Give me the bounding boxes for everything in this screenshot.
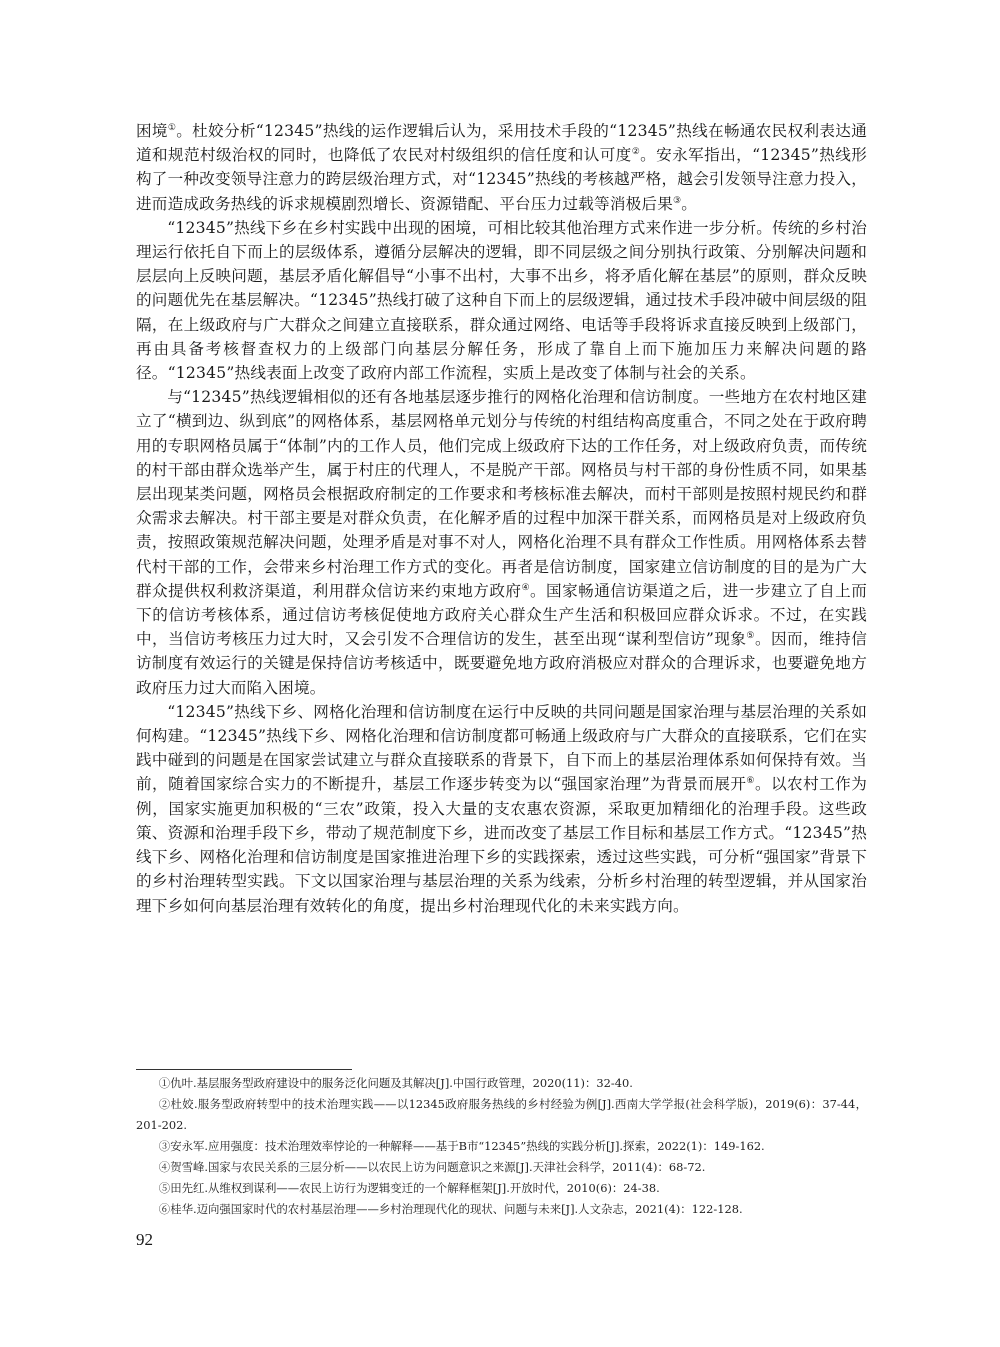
body-text: 困境①。杜姣分析“12345”热线的运作逻辑后认为，采用技术手段的“12345”…	[136, 119, 867, 918]
footnote-marker: ⑥	[159, 1202, 170, 1216]
paragraph-text: 困境	[136, 122, 168, 140]
paragraph: “12345”热线下乡在乡村实践中出现的困境，可相比较其他治理方式来作进一步分析…	[136, 216, 867, 385]
footnote: ⑤田先红.从维权到谋利——农民上访行为逻辑变迁的一个解释框架[J].开放时代，2…	[136, 1178, 867, 1199]
footnote: ③安永军.应用强度：技术治理效率悖论的一种解释——基于B市“12345”热线的实…	[136, 1136, 867, 1157]
page-number: 92	[136, 1230, 153, 1250]
paragraph-text: “12345”热线下乡在乡村实践中出现的困境，可相比较其他治理方式来作进一步分析…	[136, 219, 867, 382]
footnote-marker: ④	[159, 1160, 170, 1174]
footnote-marker: ⑤	[159, 1181, 170, 1195]
paragraph-text: 。	[681, 195, 697, 213]
paragraph: 与“12345”热线逻辑相似的还有各地基层逐步推行的网格化治理和信访制度。一些地…	[136, 385, 867, 700]
footnote-separator	[136, 1069, 352, 1070]
paragraph-text: 。以农村工作为例，国家实施更加积极的“三农”政策，投入大量的支农惠农资源，采取更…	[136, 775, 867, 914]
footnote-marker: ③	[159, 1139, 170, 1153]
paragraph-text: 与“12345”热线逻辑相似的还有各地基层逐步推行的网格化治理和信访制度。一些地…	[136, 388, 867, 600]
footnote: ⑥桂华.迈向强国家时代的农村基层治理——乡村治理现代化的现状、问题与未来[J].…	[136, 1199, 867, 1220]
paragraph: “12345”热线下乡、网格化治理和信访制度在运行中反映的共同问题是国家治理与基…	[136, 700, 867, 918]
paragraph: 困境①。杜姣分析“12345”热线的运作逻辑后认为，采用技术手段的“12345”…	[136, 119, 867, 216]
footnotes: ①仇叶.基层服务型政府建设中的服务泛化问题及其解决[J].中国行政管理，2020…	[136, 1073, 867, 1220]
footnote: ①仇叶.基层服务型政府建设中的服务泛化问题及其解决[J].中国行政管理，2020…	[136, 1073, 867, 1094]
footnote-reference[interactable]: ④	[521, 583, 530, 593]
footnote: ②杜姣.服务型政府转型中的技术治理实践——以12345政府服务热线的乡村经验为例…	[136, 1094, 867, 1136]
footnote: ④贺雪峰.国家与农民关系的三层分析——以农民上访为问题意识之来源[J].天津社会…	[136, 1157, 867, 1178]
footnote-text: 贺雪峰.国家与农民关系的三层分析——以农民上访为问题意识之来源[J].天津社会科…	[170, 1160, 705, 1174]
footnote-text: 桂华.迈向强国家时代的农村基层治理——乡村治理现代化的现状、问题与未来[J].人…	[170, 1202, 742, 1216]
footnote-reference[interactable]: ⑥	[746, 776, 755, 786]
footnote-reference[interactable]: ⑤	[746, 631, 755, 641]
footnote-reference[interactable]: ②	[632, 147, 640, 157]
footnote-text: 田先红.从维权到谋利——农民上访行为逻辑变迁的一个解释框架[J].开放时代，20…	[170, 1181, 660, 1195]
footnote-marker: ②	[159, 1097, 171, 1111]
footnote-reference[interactable]: ①	[168, 123, 176, 133]
footnote-text: 杜姣.服务型政府转型中的技术治理实践——以12345政府服务热线的乡村经验为例[…	[136, 1097, 867, 1132]
footnote-marker: ①	[159, 1076, 170, 1090]
footnote-text: 仇叶.基层服务型政府建设中的服务泛化问题及其解决[J].中国行政管理，2020(…	[170, 1076, 633, 1090]
footnote-text: 安永军.应用强度：技术治理效率悖论的一种解释——基于B市“12345”热线的实践…	[170, 1139, 764, 1153]
